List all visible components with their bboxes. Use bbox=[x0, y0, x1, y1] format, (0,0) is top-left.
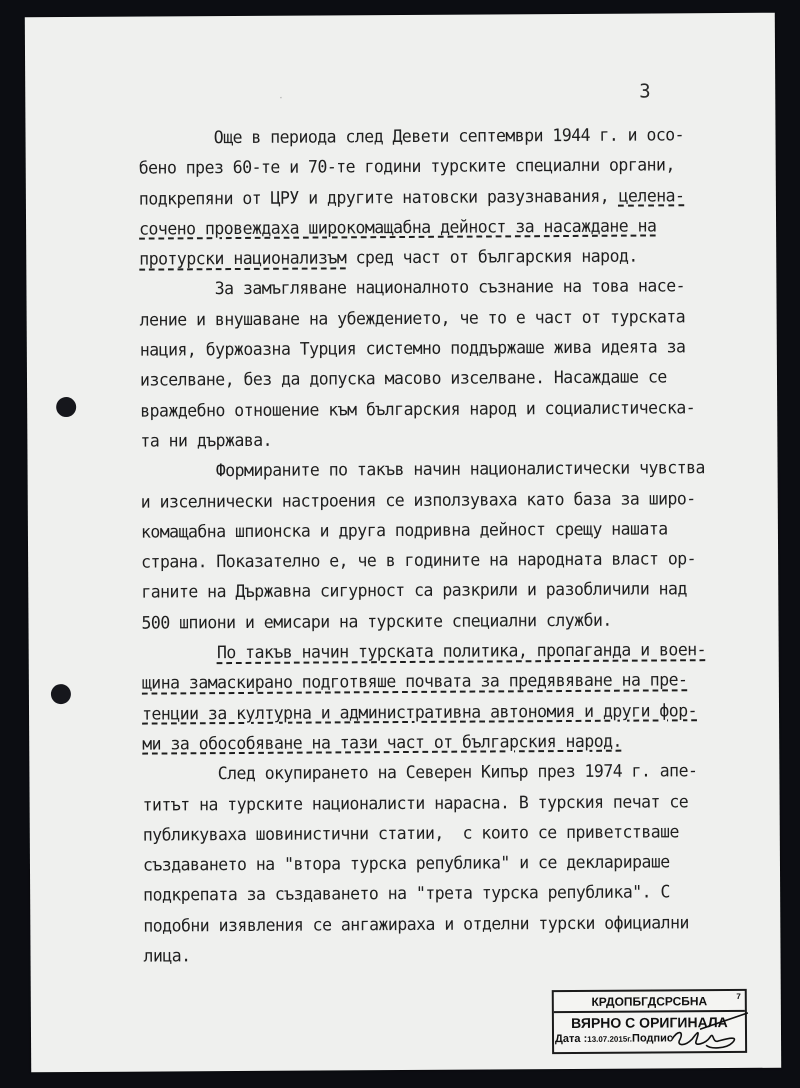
document-body: Още в периода след Девети септември 1944… bbox=[138, 120, 738, 972]
signature-icon bbox=[670, 1009, 750, 1051]
text-line: ление и внушаване на убеждението, че то … bbox=[140, 302, 735, 336]
text-segment: изселване, без да допуска масово изселва… bbox=[140, 368, 667, 391]
text-segment: сред част от българския народ. bbox=[346, 247, 638, 269]
text-line: и изселнически настроения се използуваха… bbox=[141, 484, 736, 518]
text-segment: публикуваха шовинистични статии, с които… bbox=[143, 822, 679, 845]
page-number: 3 bbox=[639, 80, 651, 102]
text-line: комащабна шпионска и друга подривна дейн… bbox=[141, 514, 736, 548]
text-line: ганите на Държавна сигурност са разкрили… bbox=[141, 574, 736, 608]
text-segment: комащабна шпионска и друга подривна дейн… bbox=[141, 519, 668, 542]
text-line: враждебно отношение към българския народ… bbox=[140, 393, 735, 427]
text-line: протурски национализъм сред част от бълг… bbox=[139, 241, 734, 275]
certification-stamp: КРДОПБГДСРСБНА 7 ВЯРНО С ОРИГИНАЛА Дата … bbox=[552, 989, 747, 1054]
text-segment: ление и внушаване на убеждението, че то … bbox=[140, 307, 686, 330]
paragraph: По такъв начин турската политика, пропаг… bbox=[142, 635, 738, 760]
punch-hole bbox=[51, 684, 71, 704]
text-segment: подкрепата за създаването на "трета турс… bbox=[143, 883, 670, 906]
stamp-date-label: Дата : bbox=[555, 1033, 587, 1045]
paragraph: След окупирането на Северен Кипър през 1… bbox=[142, 756, 738, 972]
paragraph: Формираните по такъв начин националистич… bbox=[140, 453, 736, 638]
paragraph: За замъгляване националното съзнание на … bbox=[139, 271, 735, 456]
text-line: подкрепяни от ЦРУ и другите натовски раз… bbox=[139, 181, 734, 215]
text-segment: подобни изявления се ангажираха и отделн… bbox=[143, 913, 689, 936]
text-segment: След окупирането на Северен Кипър през 1… bbox=[142, 761, 697, 784]
text-line: подобни изявления се ангажираха и отделн… bbox=[143, 908, 738, 942]
text-segment: създаването на "втора турска република" … bbox=[143, 853, 670, 876]
text-line: сочено провеждаха широкомащабна дейност … bbox=[139, 211, 734, 245]
underlined-text: ми за обособяване на тази част от българ… bbox=[142, 732, 622, 755]
stamp-date-value: 13.07.2015г. bbox=[587, 1035, 632, 1044]
text-line: та ни държава. bbox=[140, 423, 735, 457]
text-line: бено през 60-те и 70-те години турските … bbox=[139, 150, 734, 184]
text-segment: ганите на Държавна сигурност са разкрили… bbox=[141, 580, 687, 603]
text-segment: 500 шпиони и емисари на турските специал… bbox=[141, 610, 611, 633]
text-segment: За замъгляване националното съзнание на … bbox=[139, 277, 685, 300]
document-page: · 3 Още в периода след Девети септември … bbox=[25, 13, 781, 1073]
text-line: нация, буржоазна Турция системно поддърж… bbox=[140, 332, 735, 366]
paragraph: Още в периода след Девети септември 1944… bbox=[138, 120, 734, 275]
text-segment: титът на турските националисти нарасна. … bbox=[143, 792, 689, 815]
text-segment bbox=[142, 643, 217, 663]
text-line: подкрепата за създаването на "трета турс… bbox=[143, 877, 738, 911]
text-line: изселване, без да допуска масово изселва… bbox=[140, 362, 735, 396]
text-segment: подкрепяни от ЦРУ и другите натовски раз… bbox=[139, 186, 619, 209]
underlined-text: щина замаскирано подготвяше почвата за п… bbox=[142, 671, 688, 694]
text-segment: враждебно отношение към българския народ… bbox=[140, 398, 695, 421]
stamp-agency: КРДОПБГДСРСБНА bbox=[591, 994, 707, 1009]
text-line: щина замаскирано подготвяше почвата за п… bbox=[142, 665, 737, 699]
text-line: Още в периода след Девети септември 1944… bbox=[138, 120, 733, 154]
text-segment: лица. bbox=[143, 946, 190, 966]
text-line: страна. Показателно е, че в годините на … bbox=[141, 544, 736, 578]
text-line: създаването на "втора турска република" … bbox=[143, 847, 738, 881]
text-line: тенции за културна и административна авт… bbox=[142, 696, 737, 730]
text-line: По такъв начин турската политика, пропаг… bbox=[142, 635, 737, 669]
text-segment: и изселнически настроения се използуваха… bbox=[141, 489, 696, 512]
text-line: Формираните по такъв начин националистич… bbox=[140, 453, 735, 487]
text-segment: Формираните по такъв начин националистич… bbox=[141, 458, 705, 481]
scan-speck: · bbox=[278, 94, 283, 104]
text-segment: та ни държава. bbox=[140, 431, 272, 452]
text-line: За замъгляване националното съзнание на … bbox=[139, 271, 734, 305]
text-line: публикуваха шовинистични статии, с които… bbox=[143, 817, 738, 851]
punch-hole bbox=[56, 397, 76, 417]
text-segment: бено през 60-те и 70-те години турските … bbox=[139, 156, 675, 179]
text-line: ми за обособяване на тази част от българ… bbox=[142, 726, 737, 760]
text-line: лица. bbox=[143, 938, 738, 972]
underlined-text: тенции за културна и административна авт… bbox=[142, 701, 697, 724]
stamp-signature-label: Подпис bbox=[632, 1032, 673, 1044]
text-line: След окупирането на Северен Кипър през 1… bbox=[142, 756, 737, 790]
underlined-text: По такъв начин турската политика, пропаг… bbox=[217, 640, 706, 663]
stamp-number: 7 bbox=[736, 987, 741, 1007]
text-segment: нация, буржоазна Турция системно поддърж… bbox=[140, 337, 686, 360]
underlined-text: целена- bbox=[619, 186, 685, 206]
text-segment: Още в периода след Девети септември 1944… bbox=[138, 125, 684, 148]
text-line: 500 шпиони и емисари на турските специал… bbox=[141, 605, 736, 639]
underlined-text: сочено провеждаха широкомащабна дейност … bbox=[139, 216, 656, 239]
text-line: титът на турските националисти нарасна. … bbox=[143, 786, 738, 820]
underlined-text: протурски национализъм bbox=[139, 249, 346, 270]
text-segment: страна. Показателно е, че в годините на … bbox=[141, 549, 696, 572]
